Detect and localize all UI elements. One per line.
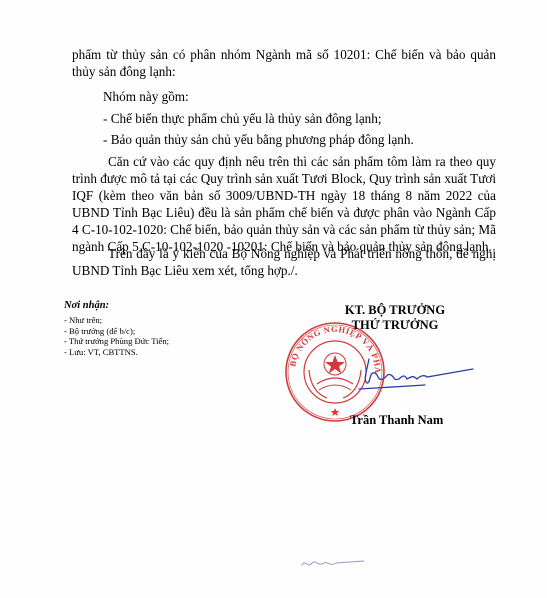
recipient-item: - Như trên; xyxy=(64,315,169,326)
paragraph-conclusion: Căn cứ vào các quy định nêu trên thì các… xyxy=(72,153,496,255)
paragraph-group-intro: Nhóm này gồm: xyxy=(103,88,496,105)
signature-title: KT. BỘ TRƯỞNG xyxy=(320,303,470,318)
list-item: - Bảo quản thủy sản chủ yếu bằng phương … xyxy=(103,131,496,148)
signature-subtitle: THỨ TRƯỞNG xyxy=(320,318,470,333)
recipient-item: - Lưu: VT, CBTTNS. xyxy=(64,347,169,358)
recipient-item: - Thứ trưởng Phùng Đức Tiến; xyxy=(64,336,169,347)
document-page: phẩm từ thủy sản có phân nhóm Ngành mã s… xyxy=(0,0,547,598)
recipients-title: Nơi nhận: xyxy=(64,300,109,311)
list-item: - Chế biến thực phẩm chủ yếu là thủy sản… xyxy=(103,110,496,127)
signature-icon xyxy=(355,355,485,395)
signer-name: Trần Thanh Nam xyxy=(350,413,443,428)
recipients-list: - Như trên; - Bộ trưởng (để b/c); - Thứ … xyxy=(64,315,169,357)
recipient-item: - Bộ trưởng (để b/c); xyxy=(64,326,169,337)
paragraph-continuation: phẩm từ thủy sản có phân nhóm Ngành mã s… xyxy=(72,46,496,80)
paragraph-closing: Trên đây là ý kiến của Bộ Nông nghiệp và… xyxy=(72,245,496,279)
signature-mark-icon xyxy=(298,555,368,573)
